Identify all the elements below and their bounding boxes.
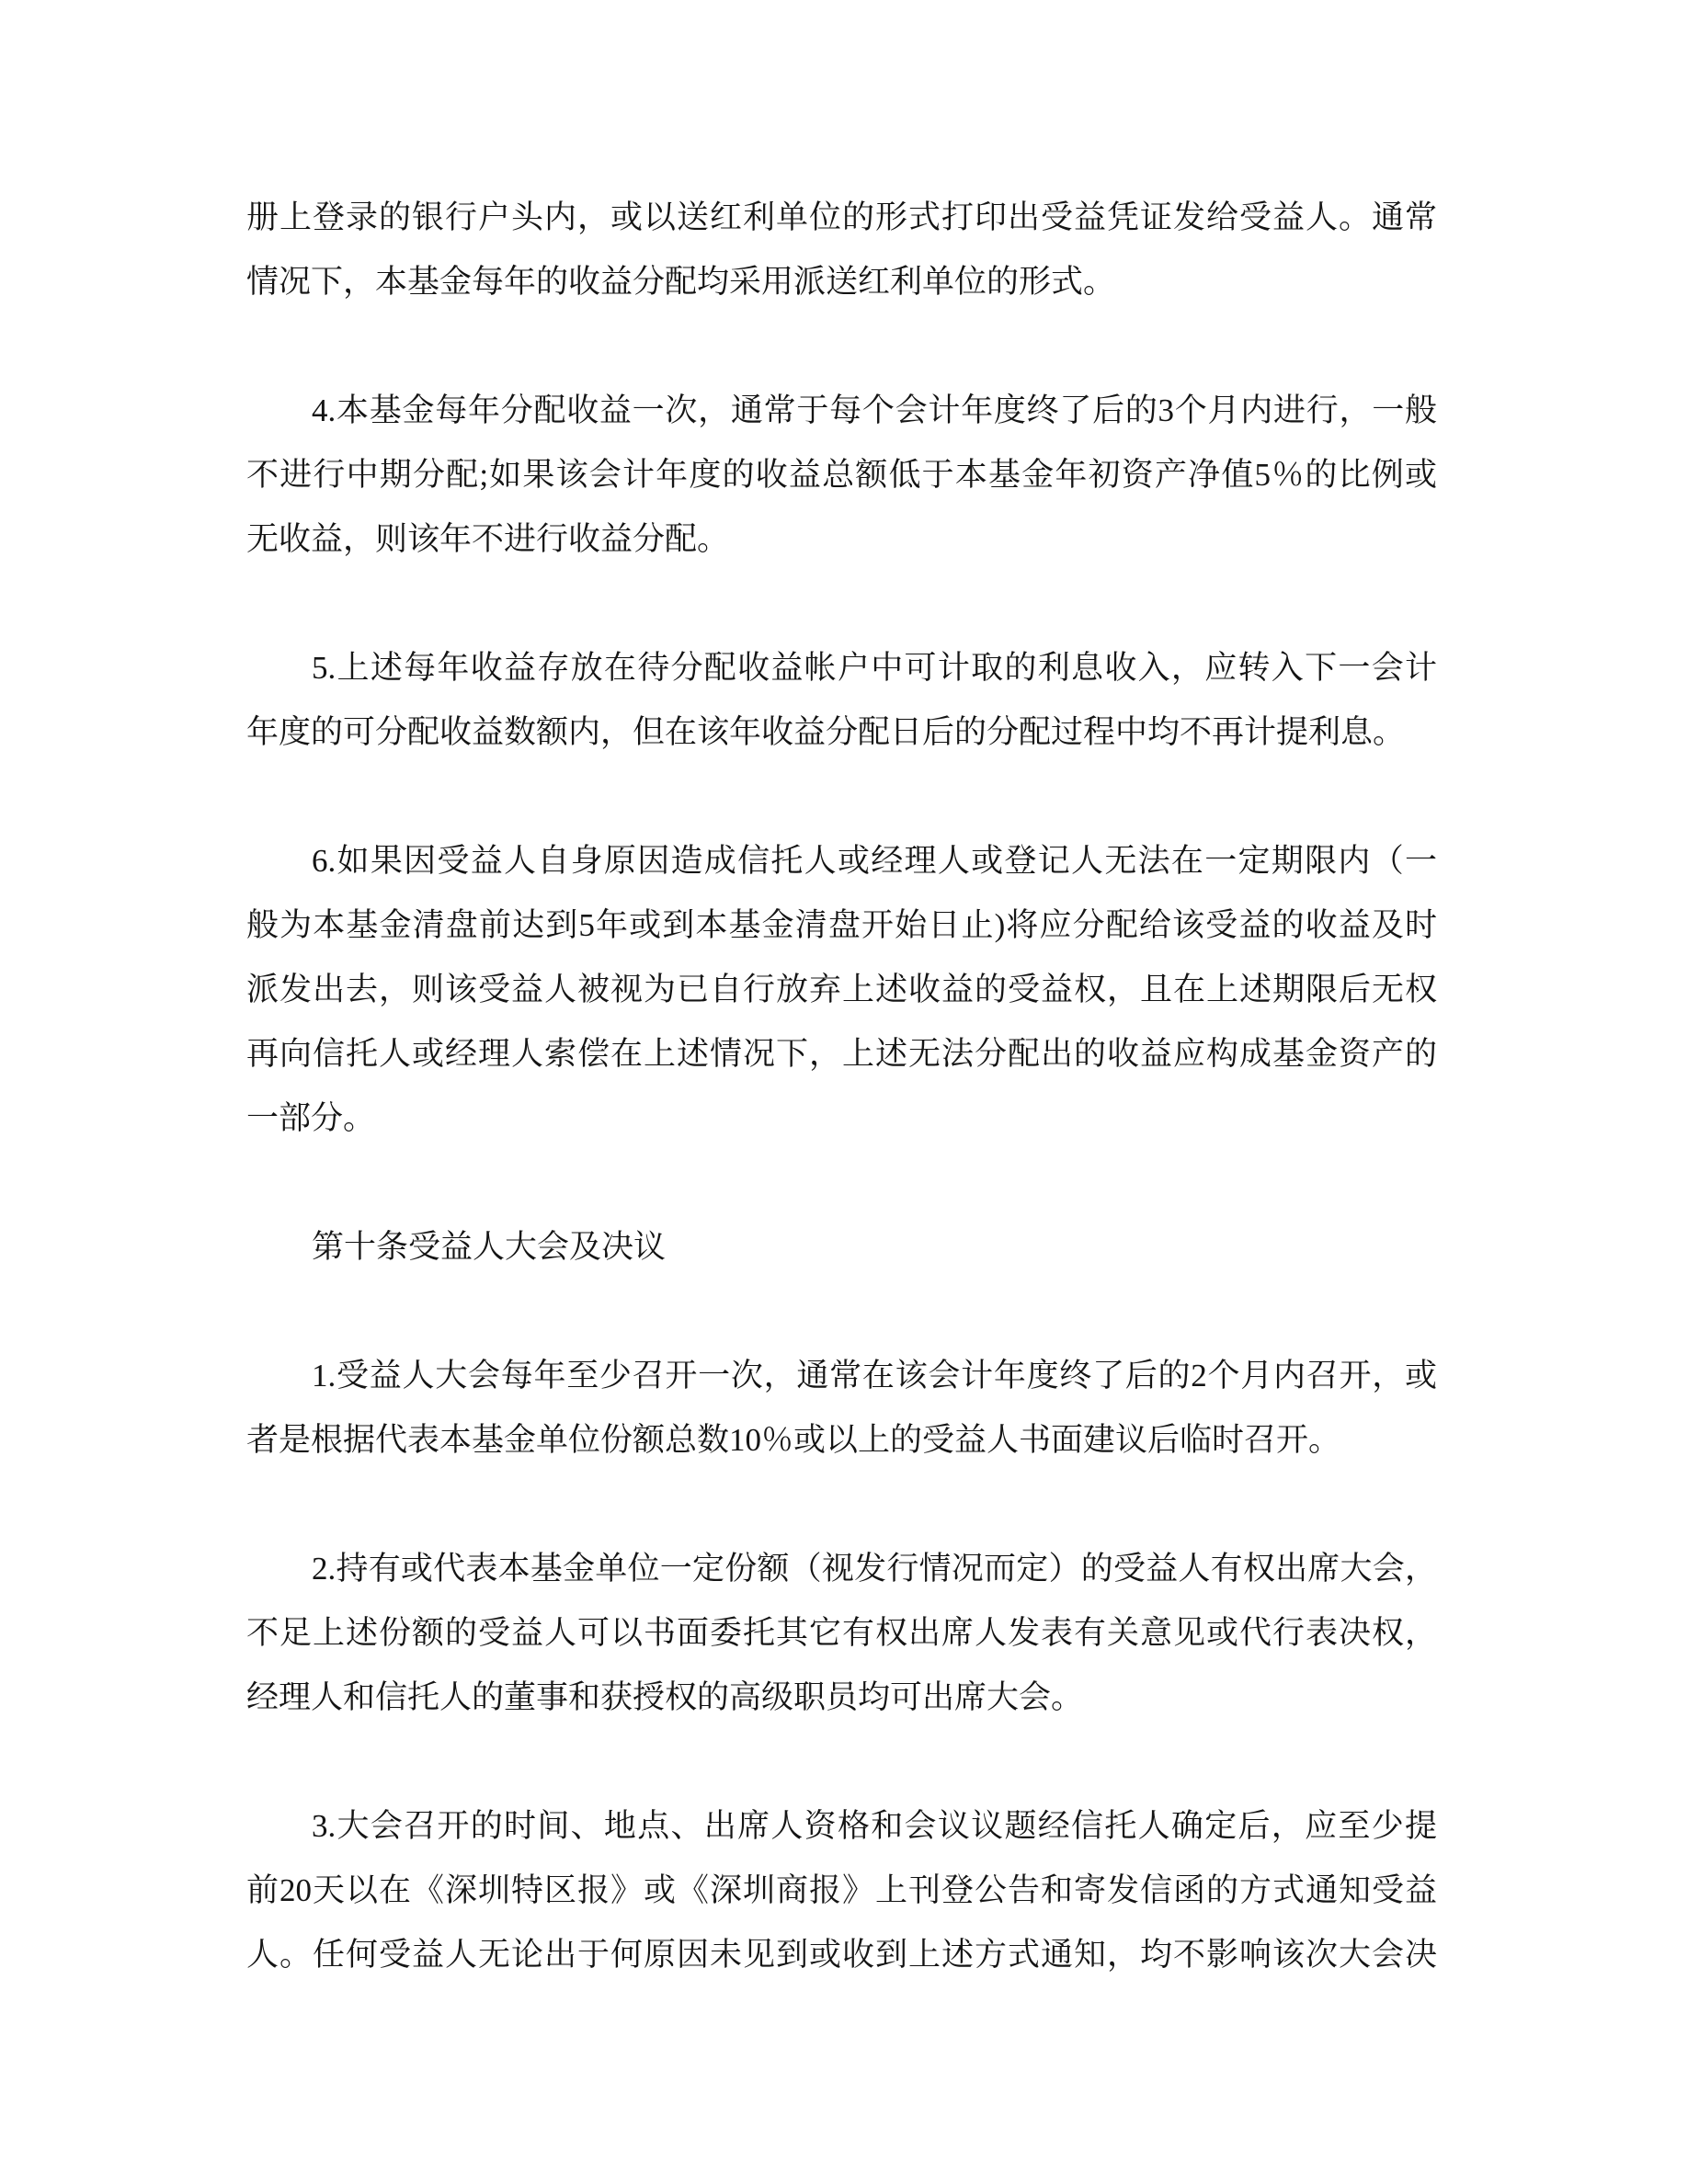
text-line: 6.如果因受益人自身原因造成信托人或经理人或登记人无法在一定期限内（一 <box>246 829 1437 893</box>
text-line: 3.大会召开的时间、地点、出席人资格和会议议题经信托人确定后，应至少提 <box>246 1794 1437 1859</box>
paragraph: 4.本基金每年分配收益一次，通常于每个会计年度终了后的3个月内进行，一般 不进行… <box>246 379 1437 572</box>
paragraph: 6.如果因受益人自身原因造成信托人或经理人或登记人无法在一定期限内（一 般为本基… <box>246 829 1437 1151</box>
text-line: 不足上述份额的受益人可以书面委托其它有权出席人发表有关意见或代行表决权， <box>246 1601 1437 1666</box>
paragraph: 3.大会召开的时间、地点、出席人资格和会议议题经信托人确定后，应至少提 前20天… <box>246 1794 1437 1987</box>
text-line: 无收益，则该年不进行收益分配。 <box>246 507 1437 572</box>
text-line: 一部分。 <box>246 1086 1437 1151</box>
paragraph: 册上登录的银行户头内，或以送红利单位的形式打印出受益凭证发给受益人。通常 情况下… <box>246 186 1437 314</box>
page-content: 册上登录的银行户头内，或以送红利单位的形式打印出受益凭证发给受益人。通常 情况下… <box>246 186 1437 1987</box>
text-line: 前20天以在《深圳特区报》或《深圳商报》上刊登公告和寄发信函的方式通知受益 <box>246 1859 1437 1923</box>
heading-line: 第十条受益人大会及决议 <box>246 1215 1437 1280</box>
text-line: 派发出去，则该受益人被视为已自行放弃上述收益的受益权，且在上述期限后无权 <box>246 958 1437 1022</box>
text-line: 4.本基金每年分配收益一次，通常于每个会计年度终了后的3个月内进行，一般 <box>246 379 1437 443</box>
paragraph: 1.受益人大会每年至少召开一次，通常在该会计年度终了后的2个月内召开，或 者是根… <box>246 1344 1437 1473</box>
text-line: 再向信托人或经理人索偿在上述情况下，上述无法分配出的收益应构成基金资产的 <box>246 1022 1437 1086</box>
section-heading: 第十条受益人大会及决议 <box>246 1215 1437 1280</box>
document-page: 册上登录的银行户头内，或以送红利单位的形式打印出受益凭证发给受益人。通常 情况下… <box>0 0 1688 2184</box>
text-line: 般为本基金清盘前达到5年或到本基金清盘开始日止)将应分配给该受益的收益及时 <box>246 893 1437 958</box>
text-line: 2.持有或代表本基金单位一定份额（视发行情况而定）的受益人有权出席大会， <box>246 1537 1437 1601</box>
text-line: 经理人和信托人的董事和获授权的高级职员均可出席大会。 <box>246 1666 1437 1730</box>
text-line: 1.受益人大会每年至少召开一次，通常在该会计年度终了后的2个月内召开，或 <box>246 1344 1437 1408</box>
text-line: 年度的可分配收益数额内，但在该年收益分配日后的分配过程中均不再计提利息。 <box>246 700 1437 765</box>
text-line: 人。任何受益人无论出于何原因未见到或收到上述方式通知，均不影响该次大会决 <box>246 1923 1437 1987</box>
paragraph: 2.持有或代表本基金单位一定份额（视发行情况而定）的受益人有权出席大会， 不足上… <box>246 1537 1437 1730</box>
text-line: 5.上述每年收益存放在待分配收益帐户中可计取的利息收入，应转入下一会计 <box>246 636 1437 700</box>
text-line: 册上登录的银行户头内，或以送红利单位的形式打印出受益凭证发给受益人。通常 <box>246 186 1437 250</box>
text-line: 者是根据代表本基金单位份额总数10％或以上的受益人书面建议后临时召开。 <box>246 1408 1437 1473</box>
text-line: 情况下，本基金每年的收益分配均采用派送红利单位的形式。 <box>246 250 1437 314</box>
paragraph: 5.上述每年收益存放在待分配收益帐户中可计取的利息收入，应转入下一会计 年度的可… <box>246 636 1437 765</box>
text-line: 不进行中期分配;如果该会计年度的收益总额低于本基金年初资产净值5％的比例或 <box>246 443 1437 507</box>
